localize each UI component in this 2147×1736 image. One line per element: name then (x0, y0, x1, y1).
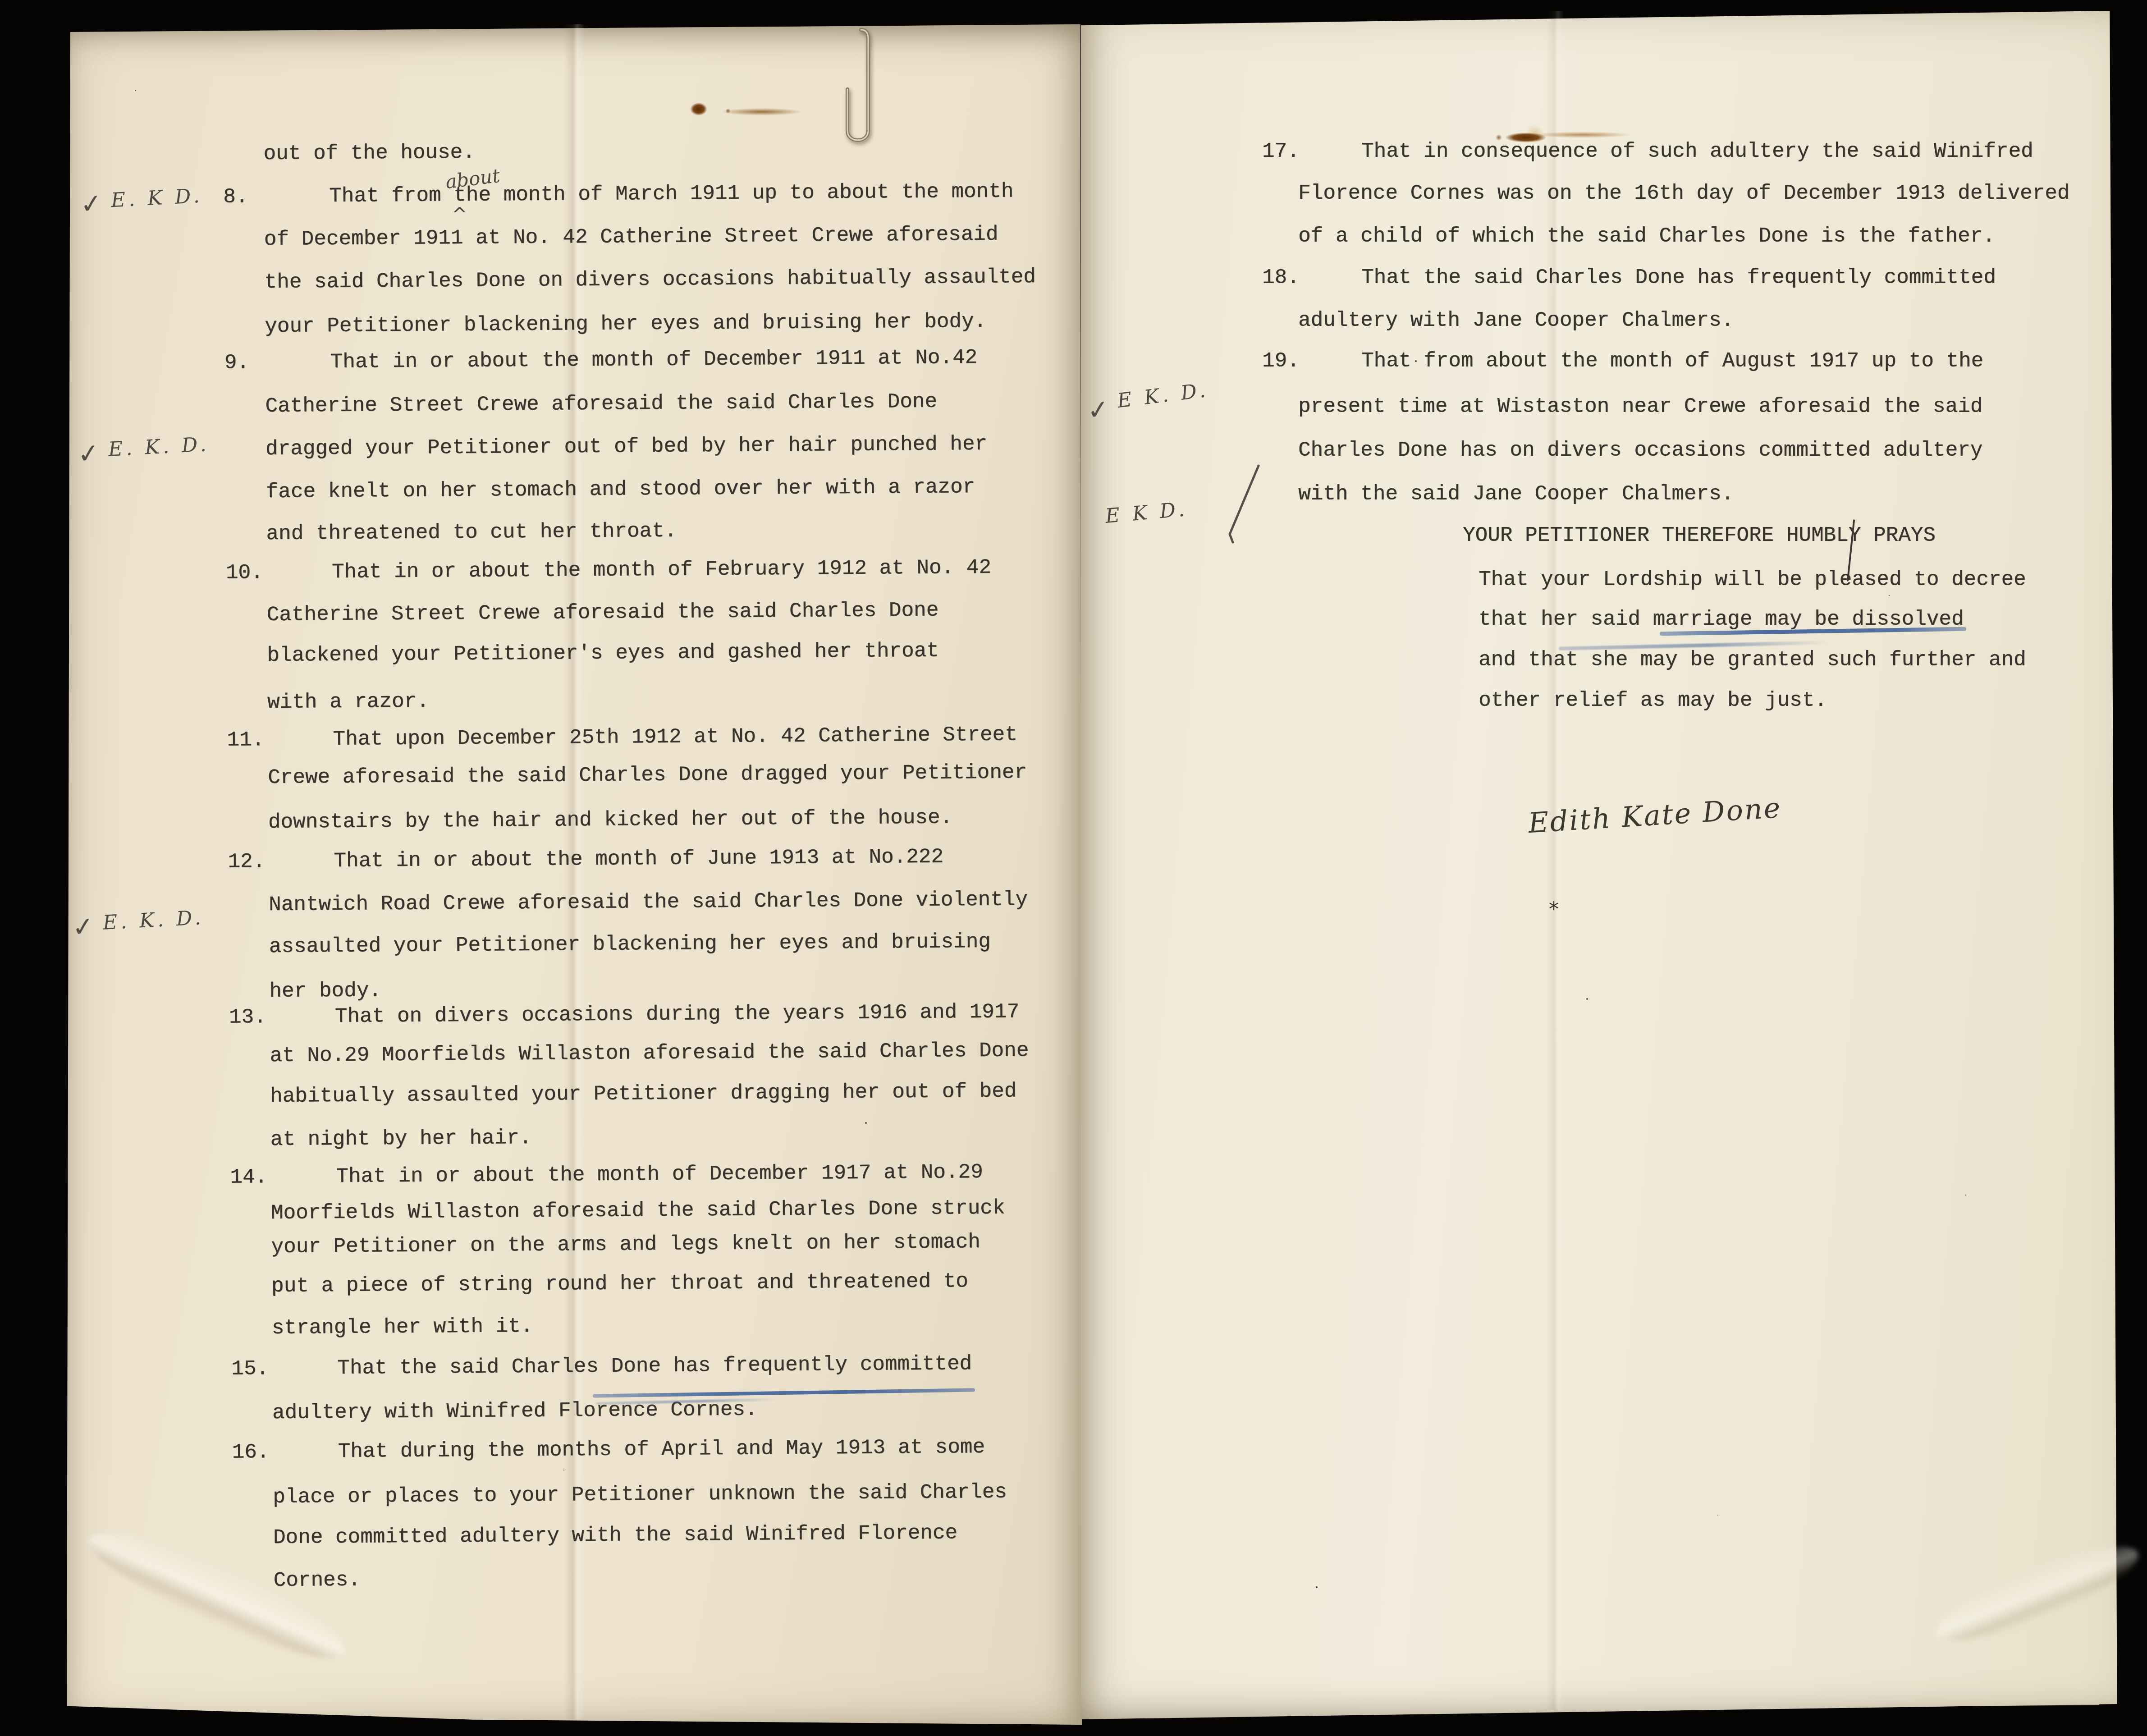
paperclip-icon (839, 26, 880, 157)
checkmark-annotation: ✓ (79, 188, 104, 220)
checkmark-annotation: ✓ (76, 437, 101, 470)
long-tick-annotation (1217, 462, 1267, 545)
photograph-of-petition-document: out of the house. 8. That from the month… (0, 0, 2147, 1736)
asterisk-mark: * (1549, 898, 1559, 921)
checkmark-annotation: ✓ (1086, 394, 1111, 426)
right-page (1081, 11, 2134, 1719)
margin-initials: E. K D. (110, 184, 203, 212)
paper-specks (135, 90, 136, 91)
insertion-caret: ^ (452, 204, 467, 226)
left-page (67, 24, 1082, 1725)
checkmark-annotation: ✓ (71, 911, 96, 944)
